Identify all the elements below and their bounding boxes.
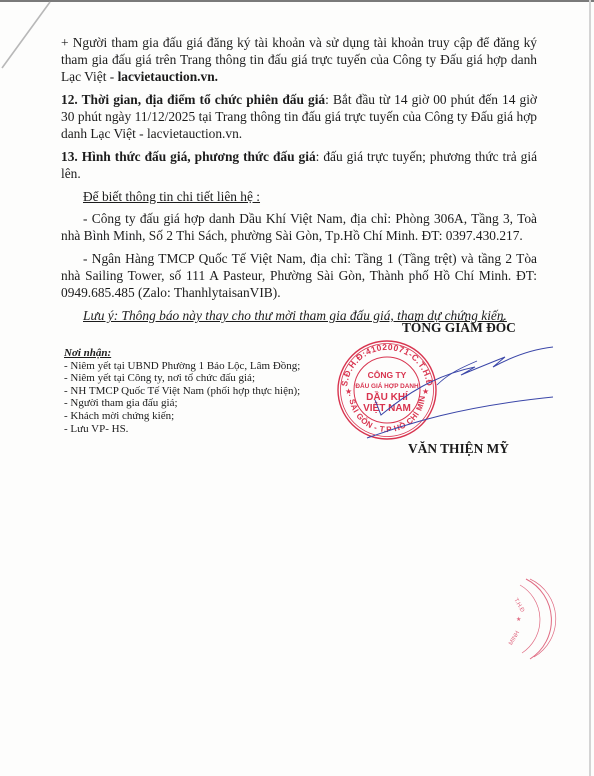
recipient-item: - Lưu VP- HS. (64, 423, 300, 436)
recipient-item: - NH TMCP Quốc Tế Việt Nam (phối hợp thự… (64, 385, 300, 398)
contact-heading: Để biết thông tin chi tiết liên hệ : (61, 188, 537, 205)
item-13-auction-method: 13. Hình thức đấu giá, phương thức đấu g… (61, 148, 537, 182)
recipient-item: - Người tham gia đấu giá; (64, 397, 300, 410)
document-body: + Người tham gia đấu giá đăng ký tài kho… (61, 34, 537, 324)
partial-seal-fragment-icon: T.H.Đ ★ MINH (506, 573, 566, 663)
svg-text:MINH: MINH (508, 630, 521, 646)
svg-text:T.H.Đ: T.H.Đ (512, 598, 525, 615)
item-12-heading: 12. Thời gian, địa điểm tổ chức phiên đấ… (61, 92, 325, 107)
item-13-heading: 13. Hình thức đấu giá, phương thức đấu g… (61, 149, 316, 164)
paragraph-participant-registration: + Người tham gia đấu giá đăng ký tài kho… (61, 34, 537, 85)
contact-company: - Công ty đấu giá hợp danh Dầu Khí Việt … (61, 210, 537, 244)
recipients-heading: Nơi nhận: (64, 347, 300, 360)
recipients-block: Nơi nhận: - Niêm yết tại UBND Phường 1 B… (64, 347, 300, 435)
page-right-edge (589, 0, 591, 776)
signature-title: TỔNG GIÁM ĐỐC (402, 320, 516, 336)
item-12-time-location: 12. Thời gian, địa điểm tổ chức phiên đấ… (61, 91, 537, 142)
handwritten-signature-icon (365, 345, 555, 440)
page-top-border (0, 0, 594, 2)
svg-text:★: ★ (345, 387, 352, 396)
signer-name: VĂN THIỆN MỸ (408, 441, 509, 457)
recipient-item: - Niêm yết tại UBND Phường 1 Bảo Lộc, Lâ… (64, 360, 300, 373)
scan-fold-mark (0, 0, 60, 70)
recipient-item: - Khách mời chứng kiến; (64, 410, 300, 423)
contact-bank: - Ngân Hàng TMCP Quốc Tế Việt Nam, địa c… (61, 250, 537, 301)
recipient-item: - Niêm yết tại Công ty, nơi tổ chức đấu … (64, 372, 300, 385)
website-link: lacvietauction.vn. (118, 69, 218, 84)
svg-text:★: ★ (516, 616, 521, 623)
